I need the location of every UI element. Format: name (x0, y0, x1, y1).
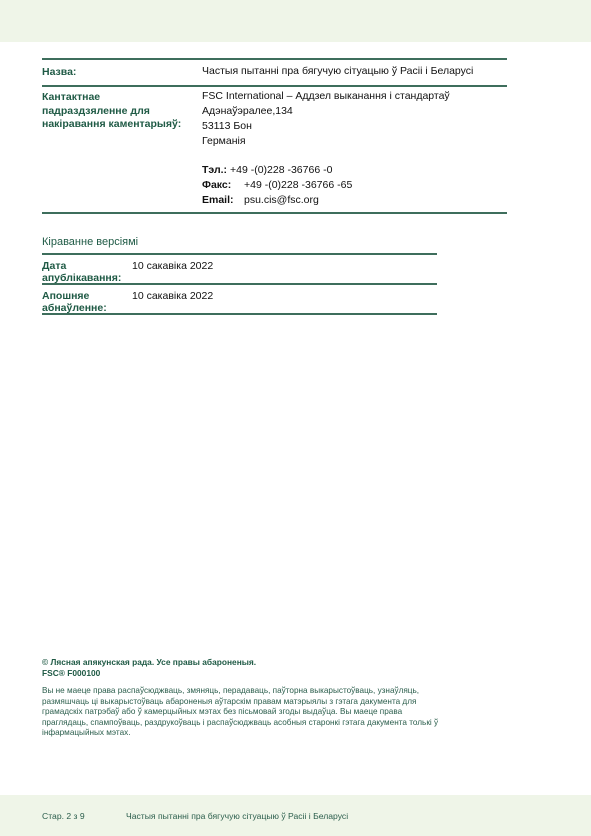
email-value[interactable]: psu.cis@fsc.org (244, 194, 319, 206)
copyright-line: © Лясная апякунская рада. Усе правы абар… (42, 657, 256, 668)
table-top-rule (42, 58, 507, 60)
header-band (0, 0, 591, 42)
copyright-block: © Лясная апякунская рада. Усе правы абар… (42, 657, 256, 679)
contact-block: FSC International – Аддзел выканання і с… (202, 89, 450, 208)
updated-date-label: Апошняе абнаўленне: (42, 290, 134, 314)
fax-label: Факс: (202, 178, 244, 193)
email-label: Email: (202, 193, 244, 208)
table-mid-rule (42, 85, 507, 87)
contact-city: 53113 Бон (202, 119, 450, 134)
contact-label: Кантактнае падраздзяленне для накіраванн… (42, 91, 182, 132)
title-label: Назва: (42, 66, 76, 79)
fsc-license-code: FSC® F000100 (42, 668, 256, 679)
footer-document-title: Частыя пытанні пра бягучую сітуацыю ў Ра… (126, 811, 348, 821)
table-bottom-rule (42, 212, 507, 214)
version-mid-rule (42, 283, 437, 285)
version-control-title: Кіраванне версіямі (42, 236, 138, 248)
contact-country: Германія (202, 134, 450, 149)
version-bottom-rule (42, 313, 437, 315)
fax-value: +49 -(0)228 -36766 -65 (244, 179, 352, 191)
updated-date-value: 10 сакавіка 2022 (132, 289, 213, 304)
phone-label: Тэл.: (202, 163, 227, 178)
contact-org: FSC International – Аддзел выканання і с… (202, 89, 450, 104)
page-number: Стар. 2 з 9 (42, 811, 85, 821)
contact-phone: Тэл.: +49 -(0)228 -36766 -0 (202, 163, 450, 178)
legal-notice: Вы не маеце права распаўсюджваць, змяняц… (42, 686, 442, 739)
contact-fax: Факс:+49 -(0)228 -36766 -65 (202, 178, 450, 193)
version-top-rule (42, 253, 437, 255)
published-date-label: Дата апублікавання: (42, 260, 134, 284)
contact-email: Email:psu.cis@fsc.org (202, 193, 450, 208)
published-date-value: 10 сакавіка 2022 (132, 259, 213, 274)
phone-value: +49 -(0)228 -36766 -0 (230, 164, 332, 176)
title-value: Частыя пытанні пра бягучую сітуацыю ў Ра… (202, 64, 473, 79)
contact-street: Адэнаўэралее,134 (202, 104, 450, 119)
